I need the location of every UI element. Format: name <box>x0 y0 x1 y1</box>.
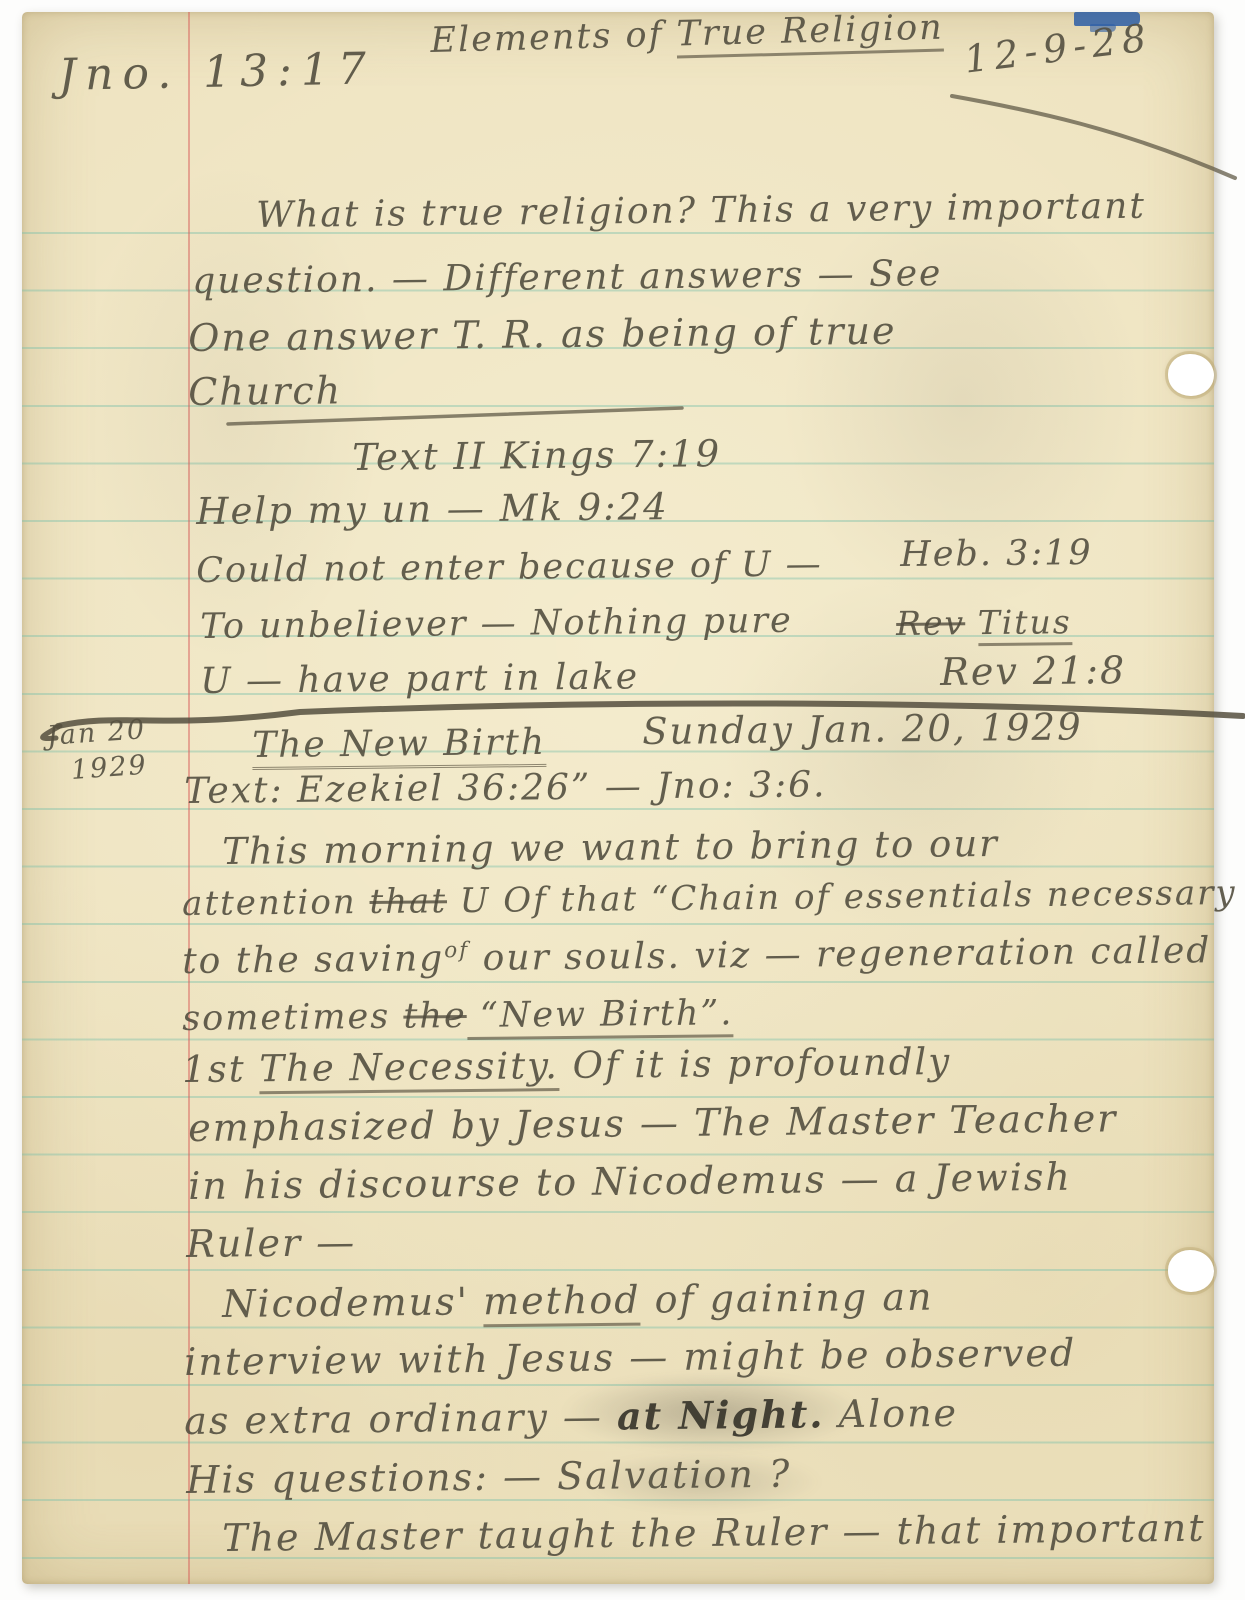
page-title-part-a: Elements of <box>430 15 677 61</box>
texts-line-4-ref: Rev Titus <box>896 604 1072 642</box>
page-title-part-b: True Religion <box>676 8 944 59</box>
punch-hole-bottom <box>1168 1250 1214 1292</box>
text-run: attention <box>182 882 370 924</box>
paragraph1-line-1: This morning we want to bring to our <box>222 824 999 873</box>
struck-word: Rev <box>896 603 965 643</box>
margin-note-line-2: 1929 <box>70 751 149 786</box>
sermon-heading-text: The New Birth <box>252 722 546 770</box>
paragraph2-line-3: as extra ordinary — at Night. Alone <box>184 1392 958 1443</box>
underlined-word: method <box>483 1278 641 1328</box>
numbered-point-1: 1st The Necessity. Of it is profoundly <box>182 1042 951 1091</box>
texts-line-3: Could not enter because of U — <box>196 545 823 590</box>
texts-line-1: Text II Kings 7:19 <box>352 434 721 479</box>
underlined-phrase: The Necessity. <box>259 1044 559 1094</box>
point1-line-3: in his discourse to Nicodemus — a Jewish <box>188 1157 1072 1208</box>
texts-line-4: To unbeliever — Nothing pure <box>200 602 793 647</box>
scanned-notebook-page: { "page": { "header": { "ref": "Jno. 13:… <box>0 0 1245 1600</box>
sermon-text-line: Text: Ezekiel 36:26” — Jno: 3:6. <box>184 765 827 811</box>
text-run: to the saving <box>182 938 444 982</box>
texts-line-3-ref: Heb. 3:19 <box>900 534 1093 575</box>
point1-line-4: Ruler — <box>186 1222 356 1266</box>
sermon-heading: The New Birth <box>252 723 546 766</box>
text-run: our souls. viz — regeneration called <box>469 930 1212 979</box>
text-run: “New Birth”. <box>466 993 733 1040</box>
scripture-reference: Jno. 13:17 <box>58 45 375 100</box>
text-run: Alone <box>824 1391 958 1436</box>
struck-word: that <box>369 881 447 922</box>
text-run: of gaining an <box>640 1275 933 1322</box>
punch-hole-top <box>1168 354 1214 396</box>
intro-line-3: One answer T. R. as being of true <box>188 311 897 360</box>
sermon-heading-date: Sunday Jan. 20, 1929 <box>642 707 1083 752</box>
text-run: 1st <box>182 1047 260 1091</box>
emphasized-phrase: at Night. <box>617 1391 825 1438</box>
paragraph2-line-1: Nicodemus' method of gaining an <box>222 1277 934 1326</box>
struck-word: the <box>403 996 467 1037</box>
text-run: Of it is profoundly <box>559 1040 952 1087</box>
text-run: as extra ordinary — <box>184 1394 617 1443</box>
texts-line-2: Help my un — Mk 9:24 <box>196 487 669 533</box>
paragraph1-line-4: sometimes the “New Birth”. <box>182 994 734 1038</box>
paragraph2-line-4: His questions: — Salvation ? <box>186 1454 791 1502</box>
text-run: sometimes <box>182 997 404 1039</box>
text-run: Nicodemus' <box>222 1279 483 1326</box>
text-run: U Of that “Chain of essentials necessary <box>447 873 1237 921</box>
texts-line-5: U — have part in lake <box>200 657 639 701</box>
inserted-word: of <box>444 938 469 963</box>
intro-line-2: question. — Different answers — See <box>192 254 943 301</box>
texts-line-5-ref: Rev 21:8 <box>940 650 1126 694</box>
intro-line-4: Church <box>188 370 342 413</box>
reference-titus: Titus <box>978 602 1072 646</box>
